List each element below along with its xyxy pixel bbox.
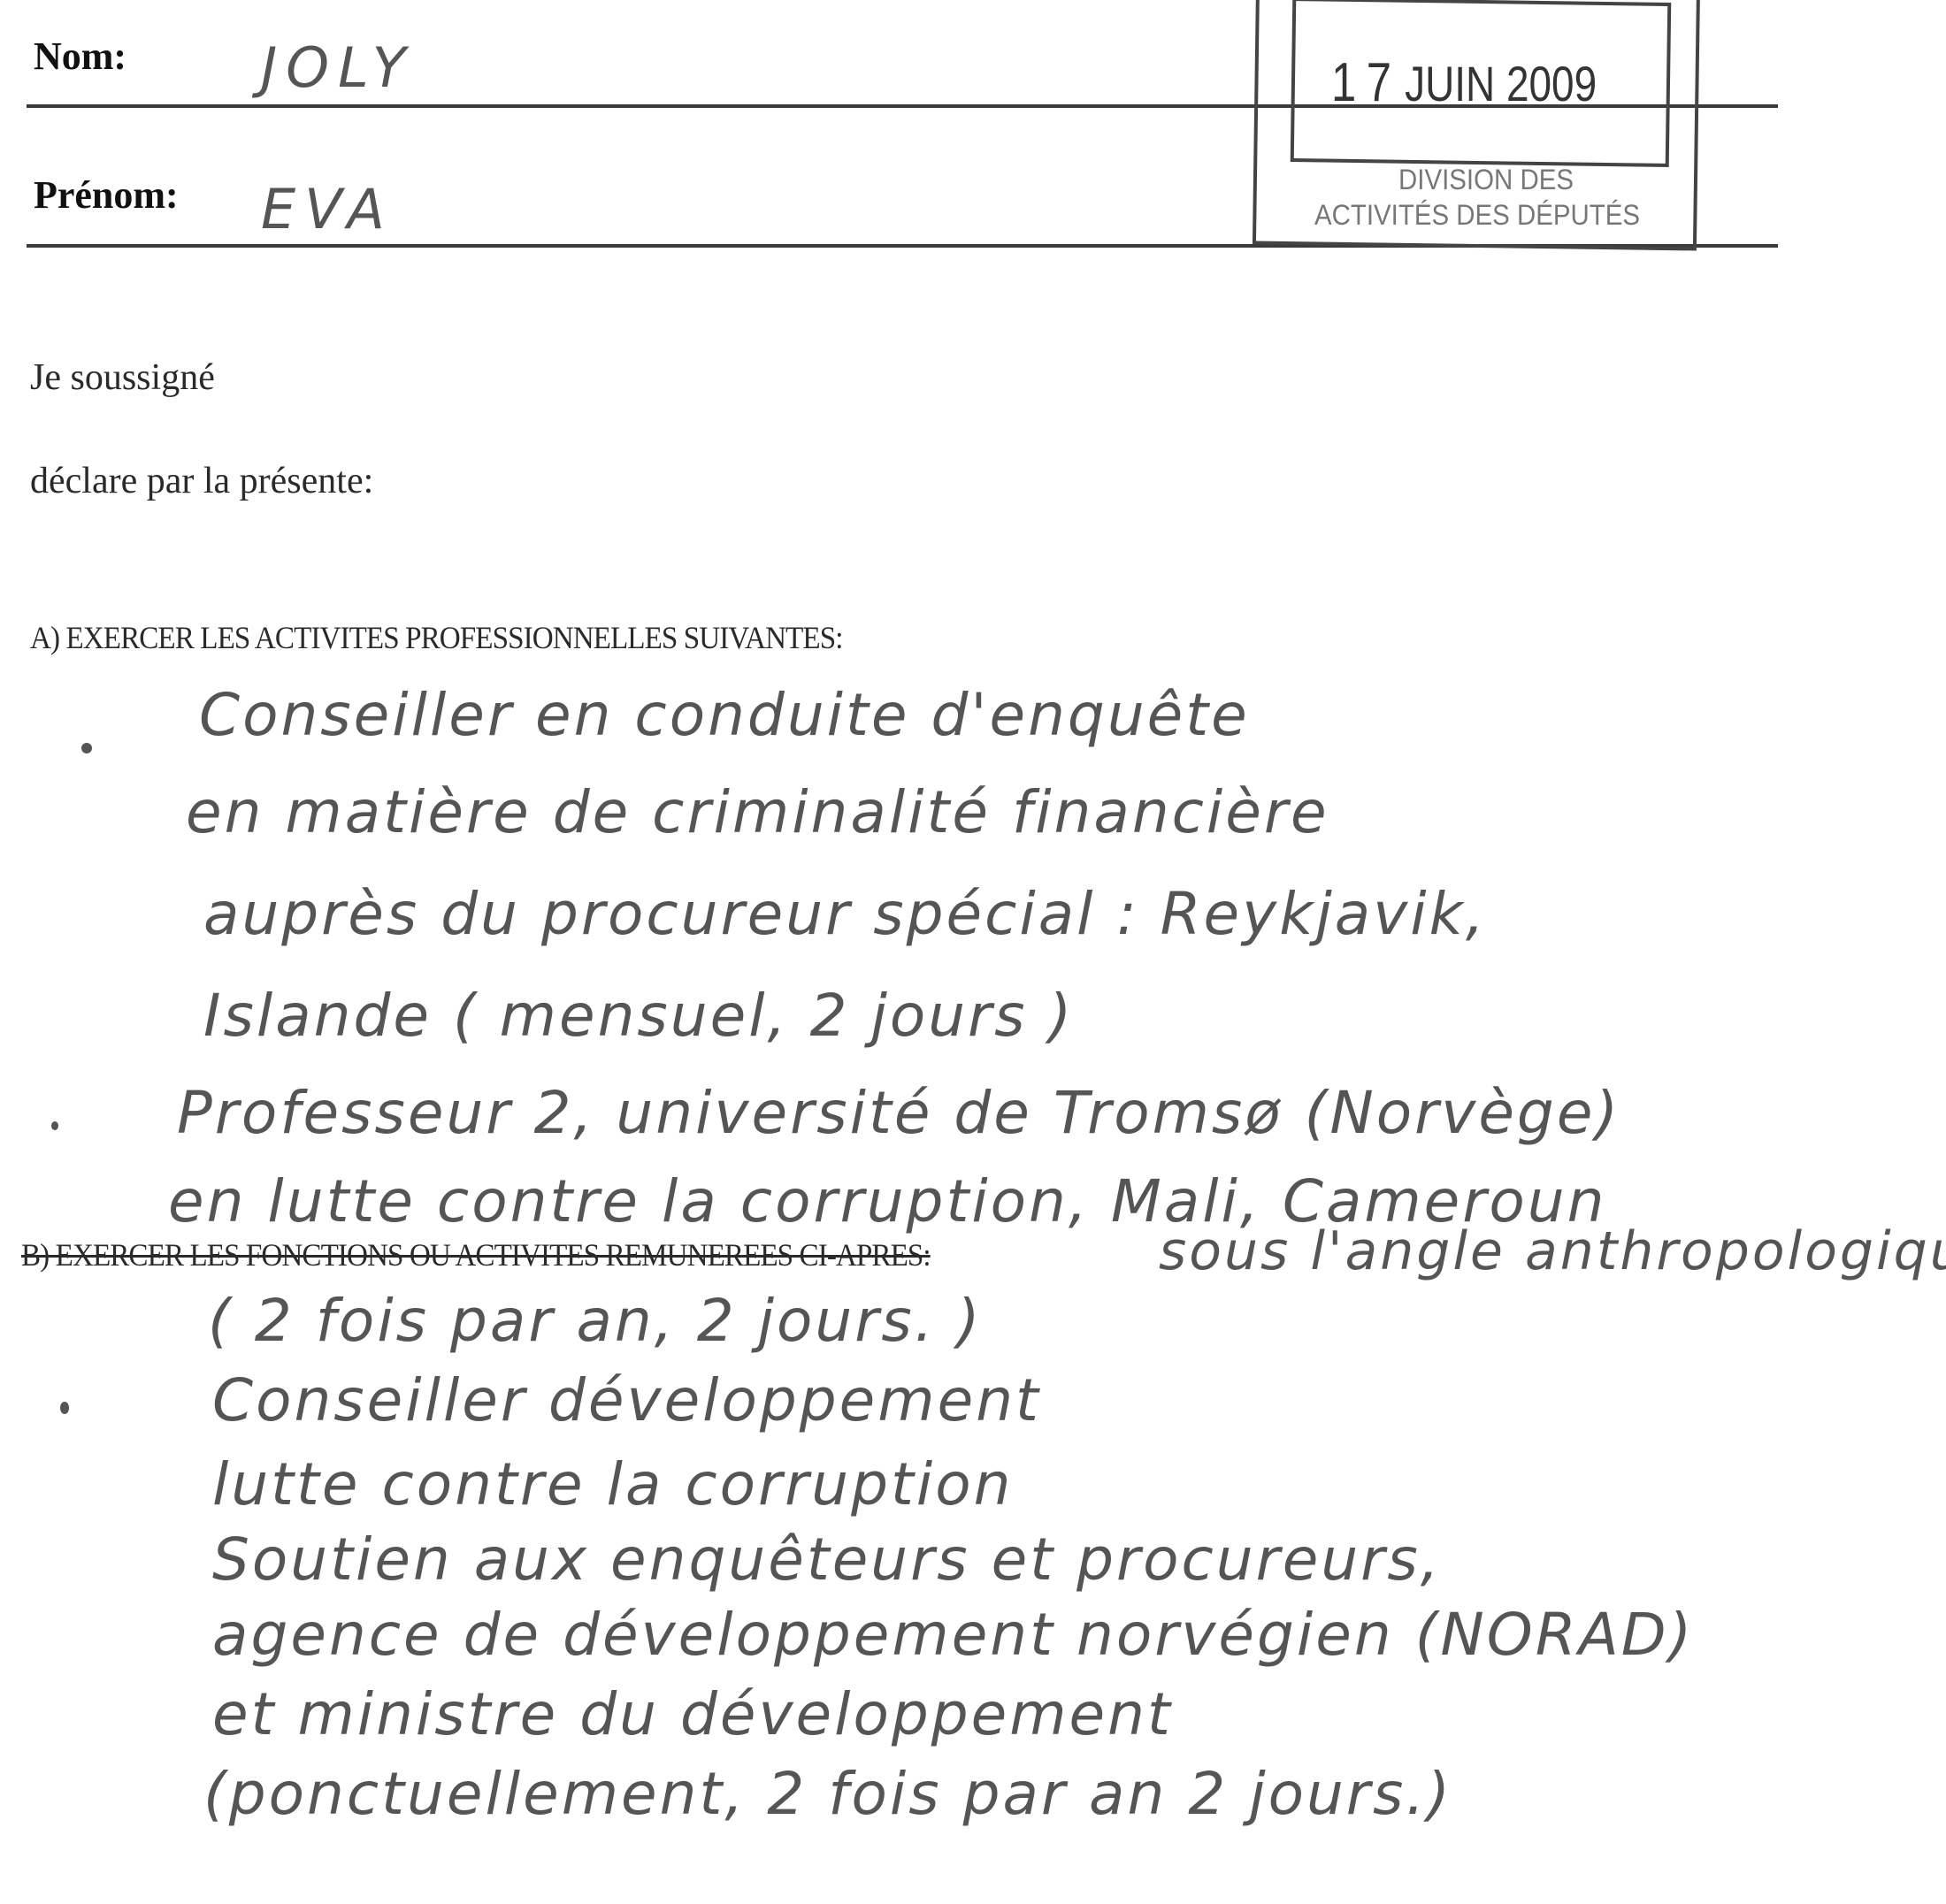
intro-line-1: Je soussigné [30,356,215,399]
handwritten-line: agence de développement norvégien (NORAD… [212,1601,1694,1669]
handwritten-line: Professeur 2, université de Tromsø (Norv… [177,1079,1620,1147]
nom-label: Nom: [34,34,126,79]
stamp-date-day: 17 [1331,52,1402,113]
handwritten-line: en matière de criminalité financière [186,778,1329,846]
nom-value: JOLY [261,35,415,100]
handwritten-line: sous l'angle anthropologique. [1159,1220,1946,1282]
stamp-date: 17 JUIN 2009 [1331,51,1597,114]
stamp-date-month-year: JUIN 2009 [1405,56,1597,111]
prenom-label: Prénom: [34,172,179,218]
handwritten-line: lutte contre la corruption [212,1450,1013,1518]
handwritten-line: (ponctuellement, 2 fois par an 2 jours.) [203,1760,1452,1828]
handwritten-line: ( 2 fois par an, 2 jours. ) [208,1287,982,1355]
bullet-icon [60,1402,69,1414]
intro-line-2: déclare par la présente: [30,460,373,502]
handwritten-line: et ministre du développement [212,1680,1173,1748]
stamp-line-1: DIVISION DES [1364,164,1608,196]
section-a-heading: A) EXERCER LES ACTIVITES PROFESSIONNELLE… [30,619,843,656]
declaration-page: Nom: JOLY Prénom: EVA 17 JUIN 2009 DIVIS… [0,0,1946,1904]
bullet-icon [51,1121,58,1130]
stamp-line-2: ACTIVITÉS DES DÉPUTÉS [1282,199,1673,232]
section-b-heading-struck: B) EXERCER LES FONCTIONS OU ACTIVITES RE… [21,1236,931,1273]
bullet-icon [81,743,92,753]
handwritten-line: auprès du procureur spécial : Reykjavik, [203,880,1487,948]
handwritten-line: Islande ( mensuel, 2 jours ) [203,982,1074,1050]
handwritten-line: Conseiller développement [212,1366,1041,1434]
handwritten-line: Soutien aux enquêteurs et procureurs, [212,1525,1442,1594]
prenom-value: EVA [261,177,394,241]
handwritten-line: Conseiller en conduite d'enquête [199,681,1250,749]
